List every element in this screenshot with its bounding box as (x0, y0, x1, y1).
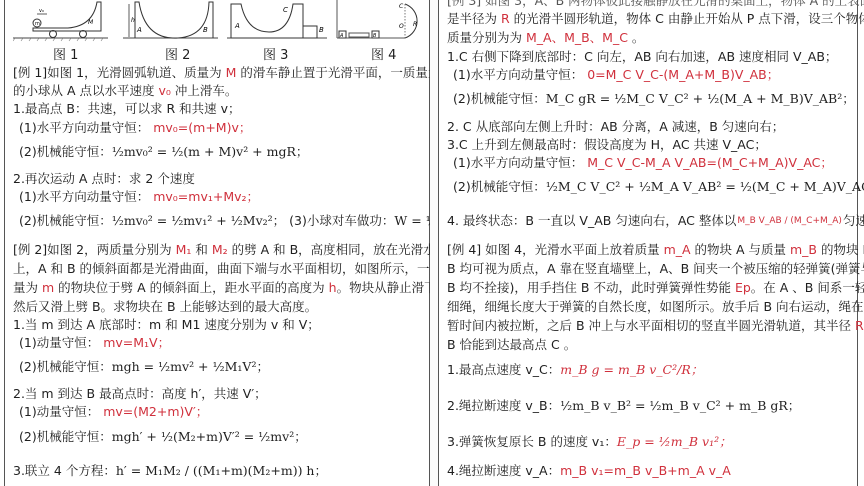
svg-text:B: B (203, 26, 208, 34)
equation: ½mv₀² = ½mv₁² + ½Mv₂²； (112, 213, 285, 228)
ex4-line4: 细绳，细绳长度大于弹簧的自然长度，如图所示。放手后 B 向右运动，绳在短 (447, 298, 864, 316)
ex4-step1: 1.最高点速度 v_C：m_B g = m_B v_C²/R； (447, 361, 703, 379)
ex3-step1-1: (1)水平方向动量守恒： 0=M_C V_C-(M_A+M_B)V_AB； (453, 66, 779, 84)
equation: ½mv₀² = ½(m + M)v² + mgR； (112, 144, 309, 159)
svg-text:m: m (35, 21, 40, 27)
svg-text:h: h (131, 17, 135, 24)
ex4-line2: B 均可视为质点，A 靠在竖直墙壁上，A、B 间夹一个被压缩的轻弹簧(弹簧与 A… (447, 260, 864, 278)
ex2-step2-1: (1)动量守恒： mv=(M2+m)V′； (19, 403, 208, 421)
ex1-title-line1: [例 1]如图 1，光滑圆弧轨道、质量为 M 的滑车静止置于光滑平面，一质量为 … (13, 64, 457, 82)
equation: mv₀=mv₁+Mv₂； (153, 189, 259, 204)
figure-3-diagram: A B C (227, 0, 327, 44)
figure-4-diagram: A B C O R (335, 0, 427, 44)
ex3-step3-1: (1)水平方向动量守恒： M_C V_C-M_A V_AB=(M_C+M_A)V… (453, 154, 833, 172)
ex3-line2: 质量分别为为 M_A、M_B、M_C 。 (447, 29, 644, 47)
equation: mv₀=(m+M)v； (153, 120, 251, 135)
ex2-step1-1: (1)动量守恒： mv=M₁V； (19, 334, 170, 352)
ex2-step3: 3.联立 4 个方程：h′ = M₁M₂ / ((M₁+m)(M₂+m)) h； (13, 462, 327, 480)
ex3-step1: 1.C 右侧下降到底部时：C 向左，AB 向右加速，AB 速度相同 V_AB； (447, 48, 837, 66)
ex3-step3-2: (2)机械能守恒：½M_C V_C² + ½M_A V_AB² = ½(M_C … (453, 178, 864, 196)
ex2-step2: 2.当 m 到达 B 最高点时：高度 h′，共速 V′； (13, 385, 267, 403)
figure-3-caption: 图 3 (263, 44, 288, 63)
ex1-step2: 2.再次运动 A 点时：求 2 个速度 (13, 170, 195, 188)
equation: E_p = ½m_B v₁²； (617, 434, 732, 449)
equation: mv=(M2+m)V′； (103, 404, 208, 419)
svg-text:v₀: v₀ (39, 8, 44, 14)
ex2-line4: 然后又滑上劈 B。求物块在 B 上能够达到的最大高度。 (13, 298, 317, 316)
svg-text:B: B (319, 26, 324, 34)
figure-1-caption: 图 1 (53, 44, 78, 63)
ex1-title-line2: 的小球从 A 点以水平速度 v₀ 冲上滑车。 (13, 82, 237, 100)
figure-2-caption: 图 2 (165, 44, 190, 63)
ex1-step1: 1.最高点 B：共速，可以求 R 和共速 v； (13, 100, 240, 118)
equation: m_B v₁=m_B v_B+m_A v_A (560, 463, 731, 478)
page-gutter (430, 0, 438, 486)
ex2-line2: 上，A 和 B 的倾斜面都是光滑曲面，曲面下端与水平面相切，如图所示，一质 (13, 260, 442, 278)
equation: mgh′ + ½(M₂+m)V′² = ½mv²； (112, 429, 307, 444)
ex4-step3: 3.弹簧恢复原长 B 的速度 v₁：E_p = ½m_B v₁²； (447, 433, 732, 451)
ex3-line1: 是半径为 R 的光滑半圆形轨道，物体 C 由静止开始从 P 点下滑，设三个物体 (447, 10, 864, 28)
ex1-step1-2: (2)机械能守恒：½mv₀² = ½(m + M)v² + mgR； (19, 143, 308, 161)
ex4-step4: 4.绳拉断速度 v_A：m_B v₁=m_B v_B+m_A v_A (447, 462, 731, 480)
equation: 0=M_C V_C-(M_A+M_B)V_AB； (587, 67, 779, 82)
ex4-step2: 2.绳拉断速度 v_B：½m_B v_B² = ½m_B v_C² + m_B … (447, 397, 800, 415)
svg-text:A: A (136, 26, 142, 34)
svg-text:A: A (234, 22, 240, 30)
ex4-line6: B 恰能到达最高点 C 。 (447, 336, 576, 354)
ex3-step3: 3.C 上升到左侧最高时：假设高度为 H，AC 共速 V_AC； (447, 136, 767, 154)
ex2-step2-2: (2)机械能守恒：mgh′ + ½(M₂+m)V′² = ½mv²； (19, 428, 307, 446)
ex3-step1-2: (2)机械能守恒：M_C gR = ½M_C V_C² + ½(M_A + M_… (453, 90, 855, 108)
ex2-step1: 1.当 m 到达 A 底部时：m 和 M1 速度分别为 v 和 V； (13, 316, 320, 334)
ex3-step4: 4. 最终状态：B 一直以 V_AB 匀速向右，AC 整体以M_B V_AB /… (447, 212, 864, 230)
ex4-line1: [例 4] 如图 4，光滑水平面上放着质量 m_A 的物块 A 与质量 m_B … (447, 241, 864, 259)
figure-1-diagram: m M v₀ (13, 0, 111, 44)
ex4-line3: B 均不拴接)，用手挡住 B 不动，此时弹簧弹性势能 Ep。在 A 、B 间系一… (447, 279, 864, 297)
svg-text:O: O (399, 23, 404, 30)
equation: M_C V_C-M_A V_AB=(M_C+M_A)V_AC； (587, 155, 833, 170)
ex1-step2-1: (1)水平方向动量守恒： mv₀=mv₁+Mv₂； (19, 188, 259, 206)
svg-text:B: B (373, 33, 377, 39)
ex2-line3: 量为 m 的物块位于劈 A 的倾斜面上，距水平面的高度为 h。物块从静止滑下， (13, 279, 449, 297)
equation: ½m_B v_B² = ½m_B v_C² + m_B gR； (560, 398, 800, 413)
left-page: m M v₀ 图 1 h A B 图 2 A B C 图 3 A B C O R… (4, 0, 430, 486)
fraction: M_B V_AB / (M_C+M_A) (737, 217, 842, 226)
ex3-line0: [例 3] 如图 3，A、B 两物体彼此接触静放在光滑的桌面上，物体 A 的上表… (447, 0, 864, 10)
svg-text:M: M (88, 19, 94, 26)
right-page: [例 3] 如图 3，A、B 两物体彼此接触静放在光滑的桌面上，物体 A 的上表… (438, 0, 858, 486)
ex2-step1-2: (2)机械能守恒：mgh = ½mv² + ½M₁V²； (19, 358, 269, 376)
equation: h′ = M₁M₂ / ((M₁+m)(M₂+m)) h； (116, 463, 327, 478)
equation: M_C gR = ½M_C V_C² + ½(M_A + M_B)V_AB²； (546, 91, 855, 106)
svg-text:C: C (283, 6, 288, 14)
equation: ½M_C V_C² + ½M_A V_AB² = ½(M_C + M_A)V_A… (546, 179, 864, 194)
ex2-line1: [例 2]如图 2，两质量分别为 M₁ 和 M₂ 的劈 A 和 B，高度相同，放… (13, 241, 461, 259)
equation: m_B g = m_B v_C²/R； (560, 362, 703, 377)
ex1-step1-1: (1)水平方向动量守恒： mv₀=(m+M)v； (19, 119, 251, 137)
svg-text:R: R (413, 21, 417, 28)
ex1-step2-2: (2)机械能守恒：½mv₀² = ½mv₁² + ½Mv₂²； (3)小球对车做… (19, 212, 480, 230)
figure-4-caption: 图 4 (371, 44, 396, 63)
svg-text:A: A (339, 33, 344, 39)
equation: mgh = ½mv² + ½M₁V²； (112, 359, 269, 374)
svg-text:C: C (399, 3, 404, 10)
figure-2-diagram: h A B (123, 0, 218, 44)
ex4-line5: 暂时间内被拉断，之后 B 冲上与水平面相切的竖直半圆光滑轨道，其半径 R， (447, 317, 864, 335)
equation: mv=M₁V； (103, 335, 170, 350)
ex3-step2: 2. C 从底部向左侧上升时：AB 分离，A 减速，B 匀速向右； (447, 118, 784, 136)
